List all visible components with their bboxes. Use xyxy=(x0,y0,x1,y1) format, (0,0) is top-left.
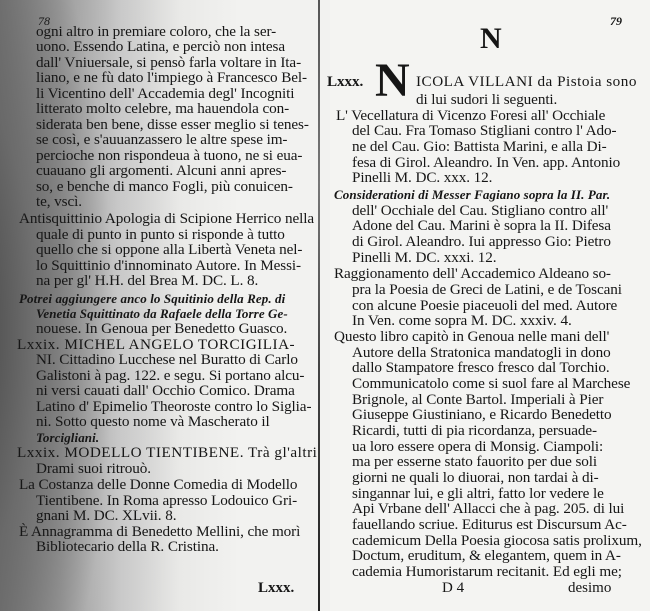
text-line: Pinelli M. DC. xxxi. 12. xyxy=(352,249,496,267)
right-page: 79 N Lxxx. N ICOLA VILLANI da Pistoia so… xyxy=(322,0,650,611)
text-line: na per gl' H.H. del Brea M. DC. L. 8. xyxy=(36,272,258,290)
drop-cap: N xyxy=(375,59,410,103)
text-line: Pinelli M. DC. xxx. 12. xyxy=(352,169,492,187)
text-line: Drami suoi ritrouò. xyxy=(36,460,151,478)
section-letter: N xyxy=(480,22,502,56)
entry-heading: ICOLA VILLANI da Pistoia sono xyxy=(416,73,637,91)
catchword: desimo xyxy=(568,580,611,597)
text-line: te, vscì. xyxy=(36,193,82,211)
page-number: 79 xyxy=(610,14,622,29)
book-spread: 78 ogni altro in premiare coloro, che la… xyxy=(0,0,650,611)
entry-number: Lxxx. xyxy=(327,73,363,91)
text-line: cademia Humoristarum recitanit. Ed egli … xyxy=(352,563,622,581)
catchword: Lxxx. xyxy=(258,580,294,597)
signature-mark: D 4 xyxy=(442,580,464,597)
gutter-line xyxy=(318,0,320,611)
left-page: 78 ogni altro in premiare coloro, che la… xyxy=(0,0,318,611)
text-line: Bibliotecario della R. Cristina. xyxy=(36,538,219,556)
